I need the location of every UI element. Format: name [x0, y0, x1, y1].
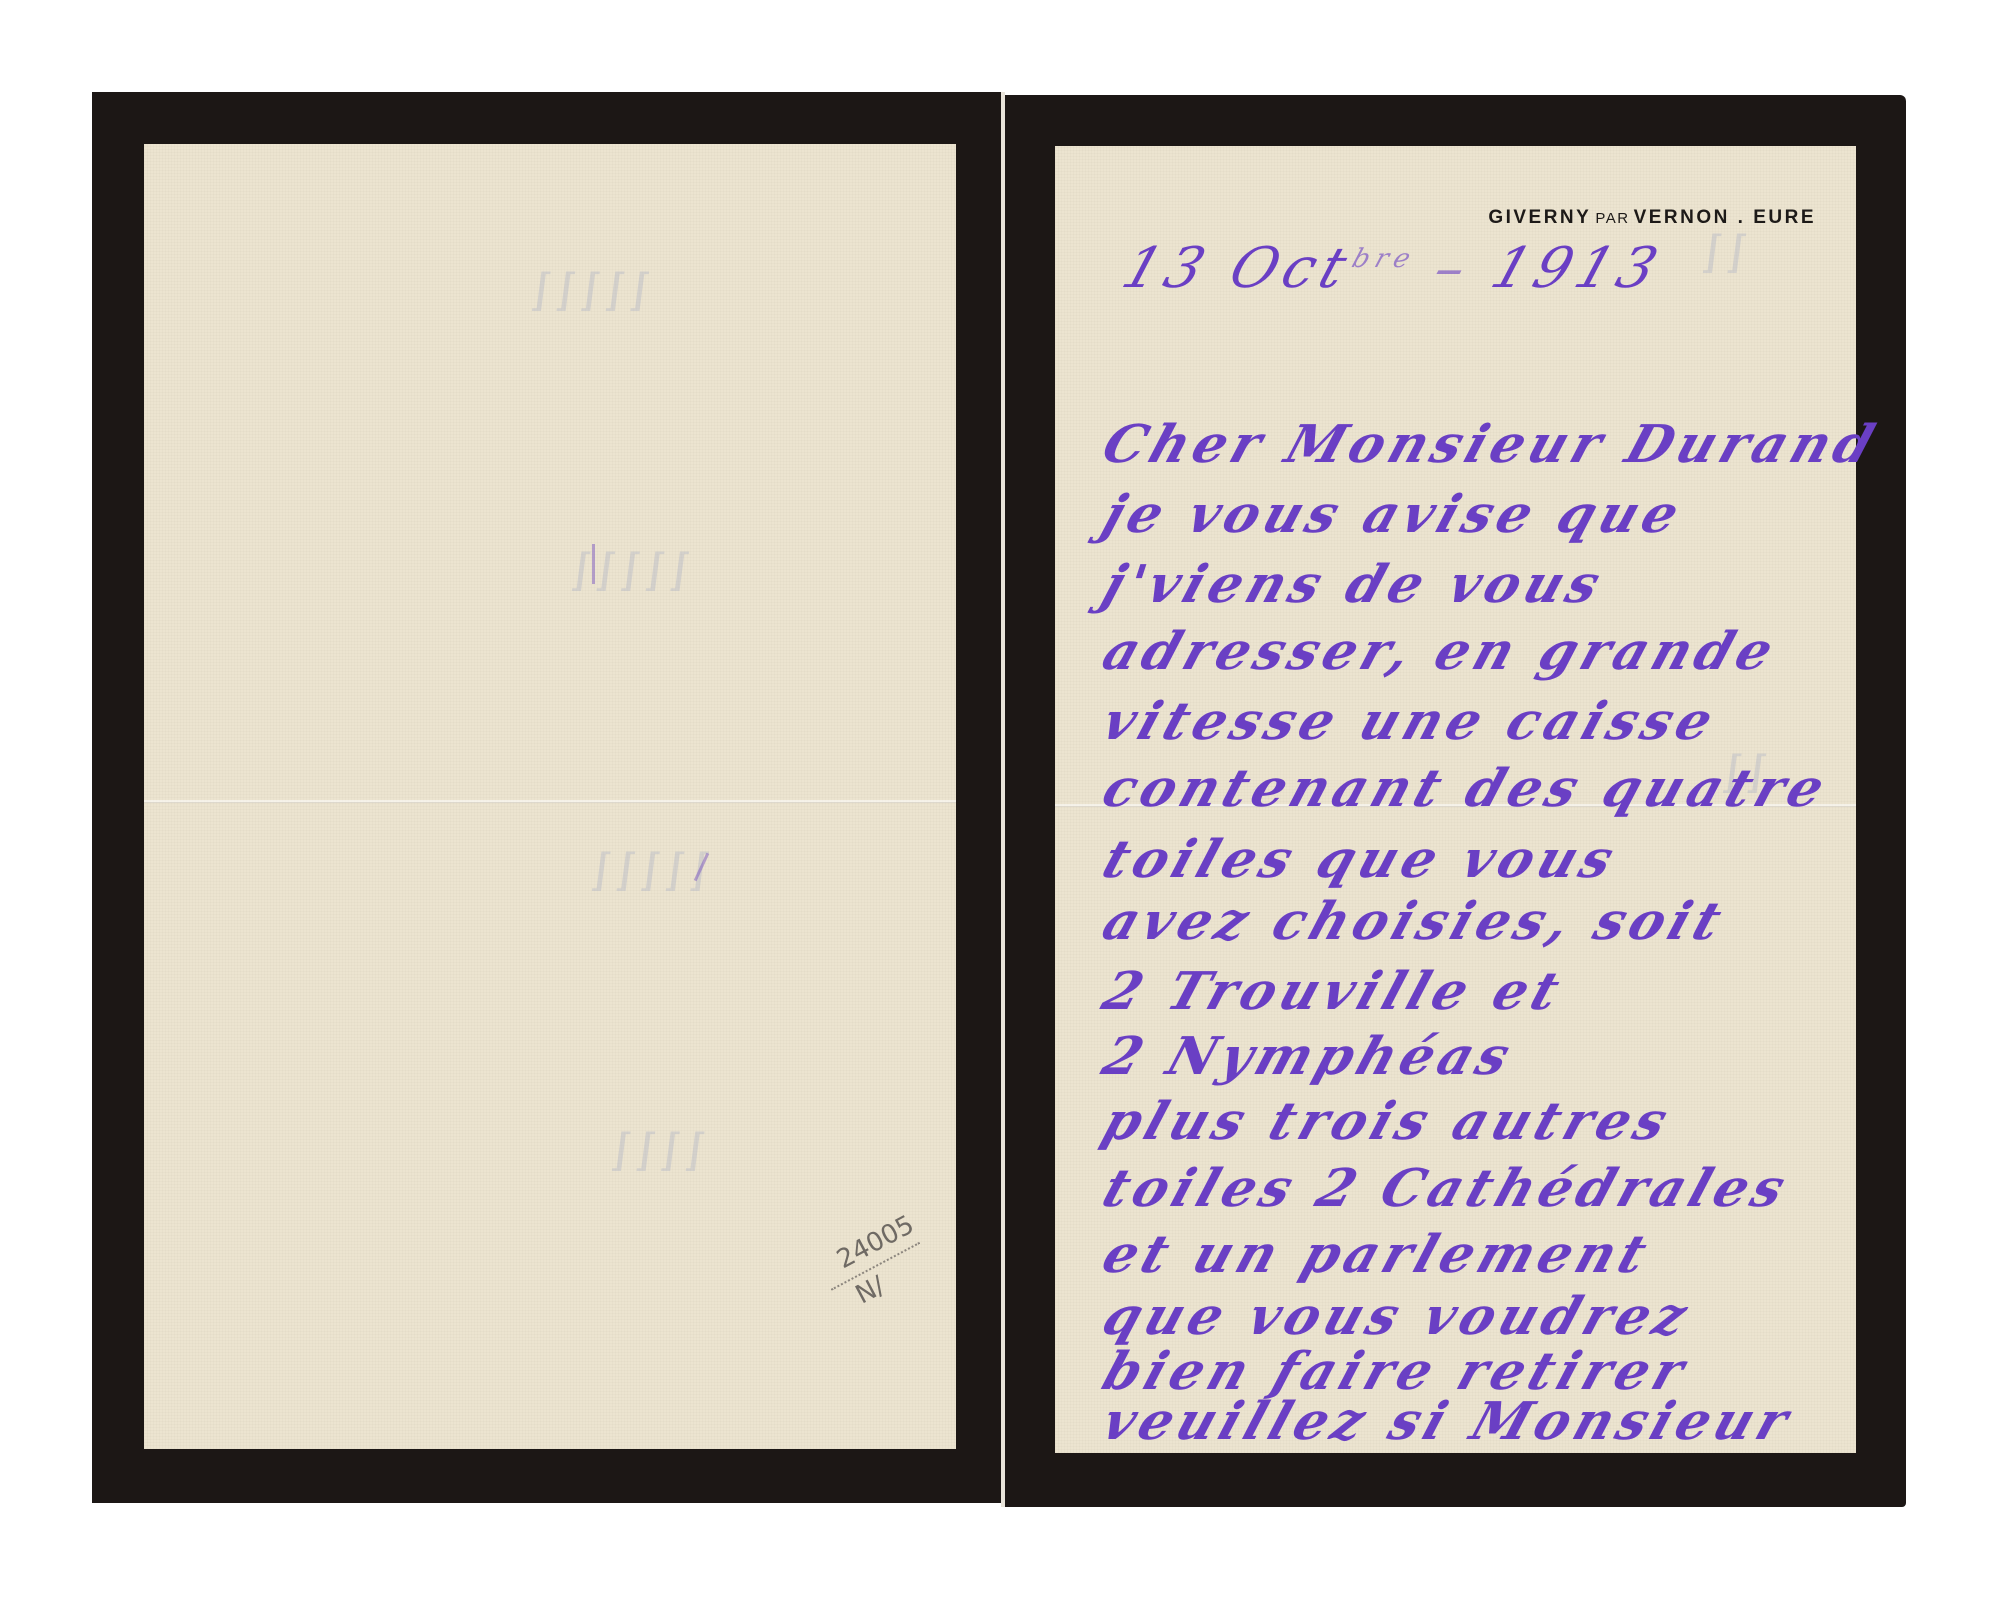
show-through-ink: lllll: [514, 264, 657, 324]
date-day: 13: [1114, 236, 1218, 301]
fold-line: [144, 800, 956, 803]
date-dash: –: [1426, 236, 1481, 301]
date-month-sup: bre: [1348, 244, 1420, 274]
body-line: toiles 2 Cathédrales: [1095, 1158, 1797, 1219]
body-line: veuillez si Monsieur: [1095, 1391, 1800, 1452]
show-through-ink: lllll: [554, 544, 697, 604]
body-line: toiles que vous: [1095, 829, 1626, 890]
date-month: Oct: [1222, 236, 1361, 301]
date-year: 1913: [1483, 236, 1671, 301]
pencil-notation: 24005 N/: [832, 1209, 940, 1313]
body-line: 2 Trouville et: [1095, 961, 1572, 1022]
letterhead-region: VERNON . EURE: [1634, 207, 1816, 228]
page-gutter: [1001, 92, 1005, 1507]
letterhead-town: GIVERNY: [1488, 207, 1591, 228]
show-through-ink: llll: [594, 1124, 712, 1184]
letterhead-par: PAR: [1595, 210, 1629, 227]
body-line: avez choisies, soit: [1095, 891, 1734, 952]
letterhead: GIVERNYPARVERNON . EURE: [1488, 207, 1816, 229]
body-line: j'viens de vous: [1095, 554, 1612, 615]
body-line: contenant des quatre: [1095, 758, 1837, 819]
body-line: je vous avise que: [1095, 484, 1691, 545]
right-page: ll ll GIVERNYPARVERNON . EURE 13 Octbre …: [1055, 146, 1856, 1453]
body-line: Cher Monsieur Durand: [1095, 414, 1886, 475]
body-line: 2 Nymphéas: [1095, 1026, 1522, 1087]
body-line: vitesse une caisse: [1095, 691, 1725, 752]
letter-date: 13 Octbre – 1913: [1114, 236, 1671, 301]
body-line: plus trois autres: [1095, 1091, 1680, 1152]
ink-speck: [592, 544, 595, 584]
body-line: et un parlement: [1095, 1224, 1659, 1285]
body-line: adresser, en grande: [1095, 621, 1786, 682]
left-page: lllll lllll lllll llll 24005 N/: [144, 144, 956, 1449]
body-line: que vous voudrez: [1095, 1286, 1699, 1347]
show-through-ink: ll: [1685, 226, 1754, 286]
